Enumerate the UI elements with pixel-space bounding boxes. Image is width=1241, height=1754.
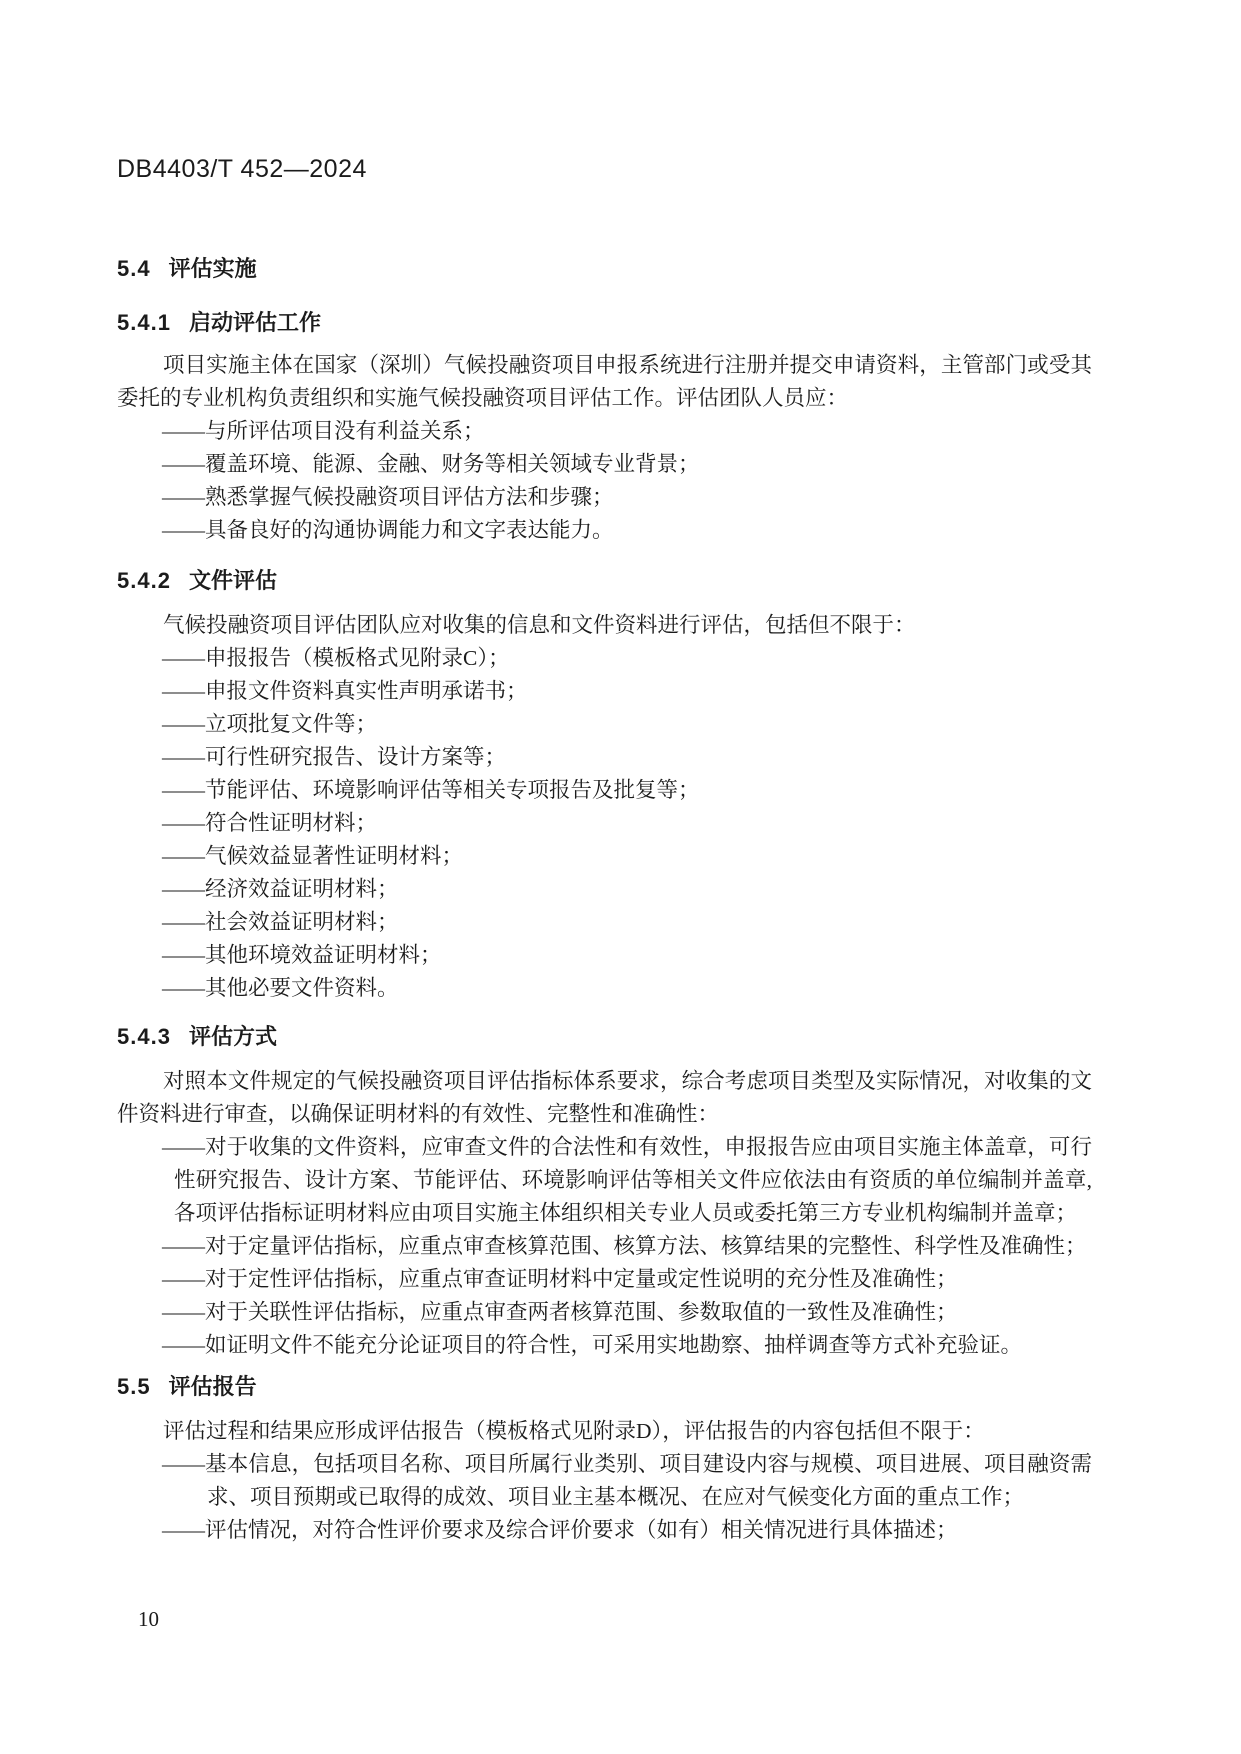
dash-item: ——具备良好的沟通协调能力和文字表达能力。 (117, 514, 1092, 547)
section-title: 文件评估 (189, 568, 277, 593)
section-number: 5.4 (117, 256, 151, 281)
dash-item: ——与所评估项目没有利益关系； (117, 415, 1092, 448)
section-title: 评估实施 (169, 256, 257, 281)
dash-item: ——可行性研究报告、设计方案等； (117, 741, 1092, 774)
dash-item: ——立项批复文件等； (117, 708, 1092, 741)
section-heading-5-4-1: 5.4.1启动评估工作 (117, 306, 1092, 339)
paragraph-5-4-2: 气候投融资项目评估团队应对收集的信息和文件资料进行评估，包括但不限于： (117, 609, 1092, 642)
section-title: 评估方式 (189, 1024, 277, 1049)
dash-item: ——社会效益证明材料； (117, 906, 1092, 939)
section-number: 5.5 (117, 1374, 151, 1399)
dash-item: ——对于定性评估指标，应重点审查证明材料中定量或定性说明的充分性及准确性； (117, 1263, 1092, 1296)
doc-number: DB4403/T 452—2024 (117, 153, 1092, 186)
dash-item: ——评估情况，对符合性评价要求及综合评价要求（如有）相关情况进行具体描述； (117, 1514, 1092, 1547)
dash-item: ——气候效益显著性证明材料； (117, 840, 1092, 873)
dash-item: ——覆盖环境、能源、金融、财务等相关领域专业背景； (117, 448, 1092, 481)
section-number: 5.4.1 (117, 310, 171, 335)
dash-item: ——如证明文件不能充分论证项目的符合性，可采用实地勘察、抽样调查等方式补充验证。 (117, 1329, 1092, 1362)
dash-item: ——符合性证明材料； (117, 807, 1092, 840)
paragraph-5-4-3: 对照本文件规定的气候投融资项目评估指标体系要求，综合考虑项目类型及实际情况，对收… (117, 1065, 1092, 1131)
section-heading-5-4-2: 5.4.2文件评估 (117, 564, 1092, 597)
section-number: 5.4.3 (117, 1024, 171, 1049)
dash-list-5-4-1: ——与所评估项目没有利益关系； ——覆盖环境、能源、金融、财务等相关领域专业背景… (117, 415, 1092, 547)
dash-item: ——节能评估、环境影响评估等相关专项报告及批复等； (117, 774, 1092, 807)
dash-item: ——经济效益证明材料； (117, 873, 1092, 906)
page-content: DB4403/T 452—2024 5.4评估实施 5.4.1启动评估工作 项目… (117, 0, 1092, 1547)
dash-item: ——熟悉掌握气候投融资项目评估方法和步骤； (117, 481, 1092, 514)
dash-item: ——其他环境效益证明材料； (117, 939, 1092, 972)
dash-item: ——对于关联性评估指标，应重点审查两者核算范围、参数取值的一致性及准确性； (117, 1296, 1092, 1329)
dash-list-5-4-3: ——对于收集的文件资料，应审查文件的合法性和有效性，申报报告应由项目实施主体盖章… (117, 1131, 1092, 1362)
paragraph-5-4-1: 项目实施主体在国家（深圳）气候投融资项目申报系统进行注册并提交申请资料，主管部门… (117, 349, 1092, 415)
paragraph-5-5: 评估过程和结果应形成评估报告（模板格式见附录D），评估报告的内容包括但不限于： (117, 1415, 1092, 1448)
section-heading-5-4: 5.4评估实施 (117, 252, 1092, 285)
dash-item: ——对于收集的文件资料，应审查文件的合法性和有效性，申报报告应由项目实施主体盖章… (117, 1131, 1092, 1230)
page-number: 10 (138, 1603, 159, 1636)
dash-item: ——基本信息，包括项目名称、项目所属行业类别、项目建设内容与规模、项目进展、项目… (117, 1448, 1092, 1514)
section-heading-5-5: 5.5评估报告 (117, 1370, 1092, 1403)
section-title: 启动评估工作 (189, 310, 321, 335)
section-title: 评估报告 (169, 1374, 257, 1399)
section-number: 5.4.2 (117, 568, 171, 593)
section-heading-5-4-3: 5.4.3评估方式 (117, 1020, 1092, 1053)
dash-list-5-4-2: ——申报报告（模板格式见附录C）； ——申报文件资料真实性声明承诺书； ——立项… (117, 642, 1092, 1005)
document-page: DB4403/T 452—2024 5.4评估实施 5.4.1启动评估工作 项目… (0, 0, 1241, 1754)
dash-item: ——对于定量评估指标，应重点审查核算范围、核算方法、核算结果的完整性、科学性及准… (117, 1230, 1092, 1263)
dash-list-5-5: ——基本信息，包括项目名称、项目所属行业类别、项目建设内容与规模、项目进展、项目… (117, 1448, 1092, 1547)
dash-item: ——申报报告（模板格式见附录C）； (117, 642, 1092, 675)
dash-item: ——其他必要文件资料。 (117, 972, 1092, 1005)
dash-item: ——申报文件资料真实性声明承诺书； (117, 675, 1092, 708)
